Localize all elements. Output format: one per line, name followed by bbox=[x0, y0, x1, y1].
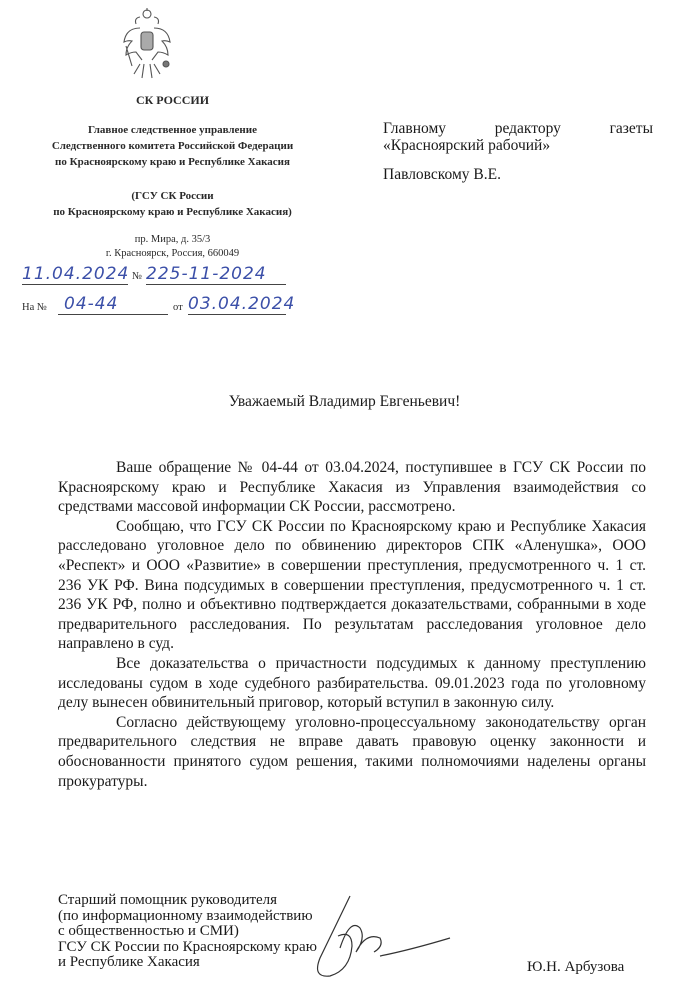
recipient-word: газеты bbox=[610, 120, 653, 137]
signer-name: Ю.Н. Арбузова bbox=[527, 959, 624, 976]
body-paragraph: Согласно действующему уголовно-процессуа… bbox=[58, 713, 646, 791]
ref-number-handwritten: 04-44 bbox=[64, 294, 118, 314]
date-field: 11.04.2024 bbox=[22, 264, 128, 285]
date-handwritten: 11.04.2024 bbox=[22, 264, 129, 284]
org-full-line: Главное следственное управление bbox=[0, 122, 345, 138]
body-paragraph: Ваше обращение № 04-44 от 03.04.2024, по… bbox=[58, 458, 646, 517]
org-full-line: по Красноярскому краю и Республике Хакас… bbox=[0, 154, 345, 170]
recipient-line1: Главному редактору газеты bbox=[383, 120, 653, 137]
ref-label: На № bbox=[22, 302, 47, 313]
letter-body: Ваше обращение № 04-44 от 03.04.2024, по… bbox=[58, 458, 646, 791]
org-abbreviation: (ГСУ СК России по Красноярскому краю и Р… bbox=[0, 188, 345, 220]
org-abbr-line: по Красноярскому краю и Республике Хакас… bbox=[0, 204, 345, 220]
org-abbr-line: (ГСУ СК России bbox=[0, 188, 345, 204]
org-full-line: Следственного комитета Российской Федера… bbox=[0, 138, 345, 154]
number-handwritten: 225-11-2024 bbox=[146, 264, 267, 284]
number-label: № bbox=[132, 271, 142, 282]
address-line: пр. Мира, д. 35/3 bbox=[0, 233, 345, 247]
handwritten-signature-icon bbox=[280, 888, 460, 998]
recipient-word: Главному bbox=[383, 120, 446, 137]
recipient-block: Главному редактору газеты «Красноярский … bbox=[383, 120, 653, 183]
body-paragraph: Все доказательства о причастности подсуд… bbox=[58, 654, 646, 713]
ref-date-label: от bbox=[173, 302, 183, 313]
ref-number-field: 04-44 bbox=[58, 294, 168, 315]
ref-date-handwritten: 03.04.2024 bbox=[188, 294, 295, 314]
coat-of-arms-icon bbox=[118, 6, 176, 86]
org-address: пр. Мира, д. 35/3 г. Красноярск, Россия,… bbox=[0, 233, 345, 261]
recipient-newspaper: «Красноярский рабочий» bbox=[383, 137, 653, 154]
greeting: Уважаемый Владимир Евгеньевич! bbox=[0, 393, 689, 411]
number-field: 225-11-2024 bbox=[146, 264, 286, 285]
recipient-word: редактору bbox=[495, 120, 561, 137]
ref-date-field: 03.04.2024 bbox=[188, 294, 286, 315]
org-full-name: Главное следственное управление Следстве… bbox=[0, 122, 345, 170]
body-paragraph: Сообщаю, что ГСУ СК России по Красноярск… bbox=[58, 517, 646, 654]
recipient-name: Павловскому В.Е. bbox=[383, 166, 653, 183]
org-short-name: СК РОССИИ bbox=[0, 92, 345, 108]
address-line: г. Красноярск, Россия, 660049 bbox=[0, 247, 345, 261]
